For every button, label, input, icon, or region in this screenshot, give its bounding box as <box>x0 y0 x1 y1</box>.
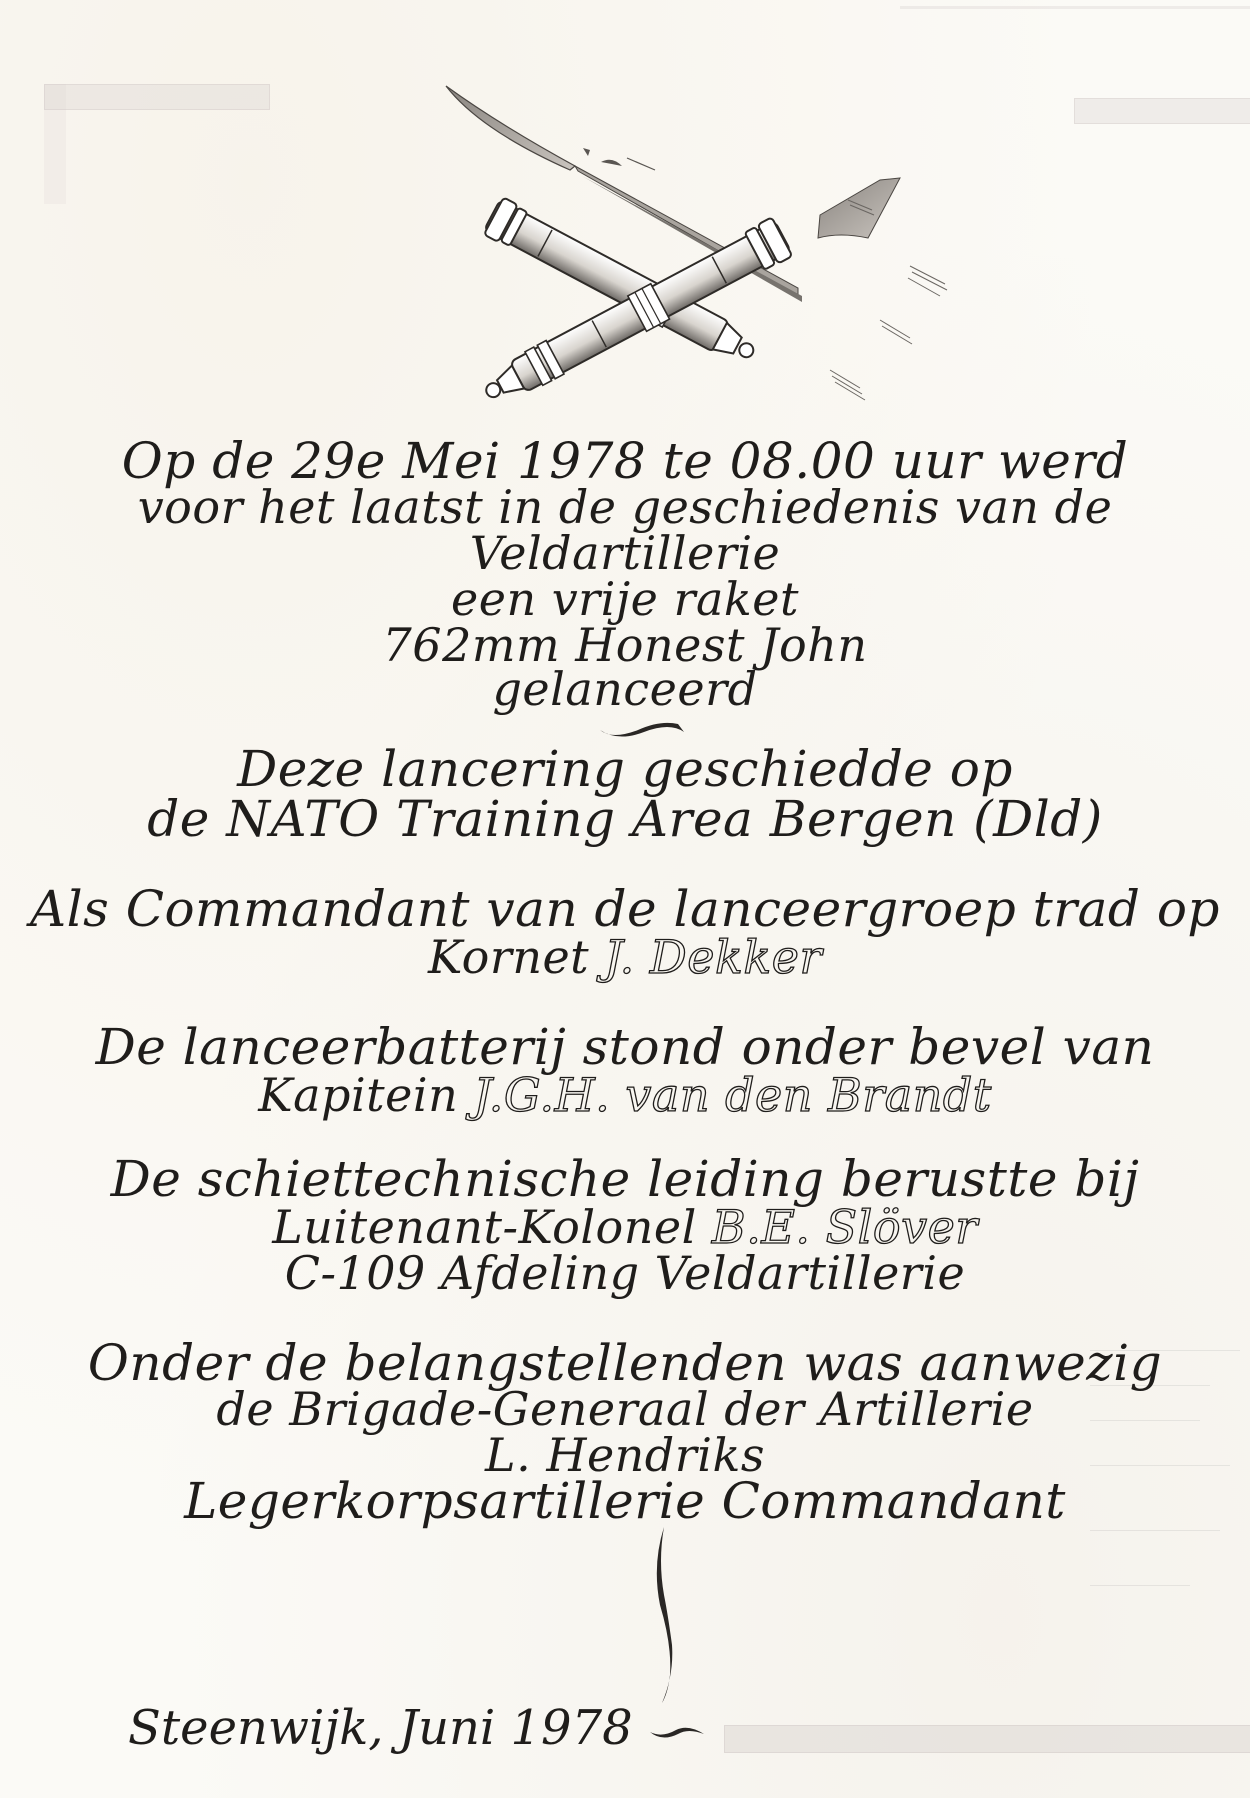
text-line: C-109 Afdeling Veldartillerie <box>0 1246 1250 1300</box>
text-line: de NATO Training Area Bergen (Dld) <box>0 790 1250 848</box>
bleed-through-mark <box>900 6 1250 9</box>
rank-text: Kapitein <box>258 1068 458 1122</box>
rank-text: Kornet <box>428 930 589 984</box>
place-and-date: Steenwijk, Juni 1978 <box>128 1700 708 1756</box>
bleed-through-mark <box>724 1725 1250 1753</box>
outlined-name: J.G.H. van den Brandt <box>473 1068 991 1122</box>
text-line: Legerkorpsartillerie Commandant <box>0 1472 1250 1530</box>
text-line-with-name: Kapitein J.G.H. van den Brandt <box>0 1068 1250 1122</box>
bleed-through-mark <box>44 84 270 110</box>
place-date-text: Steenwijk, Juni 1978 <box>128 1700 633 1756</box>
swash-divider-icon <box>598 712 688 742</box>
outlined-name: J. Dekker <box>604 930 822 984</box>
bleed-through-mark <box>1074 98 1250 124</box>
crossed-cannons-and-rocket-emblem <box>440 70 960 420</box>
vertical-flourish-icon <box>650 1525 690 1705</box>
closing-swash-icon <box>648 1722 708 1742</box>
bleed-through-mark <box>44 84 66 204</box>
crossed-cannons-icon <box>440 70 960 420</box>
text-line-with-name: Kornet J. Dekker <box>0 930 1250 984</box>
text-line: gelanceerd <box>0 662 1250 716</box>
bleed-through-mark <box>1090 1585 1190 1586</box>
bleed-through-mark <box>1090 1530 1220 1531</box>
